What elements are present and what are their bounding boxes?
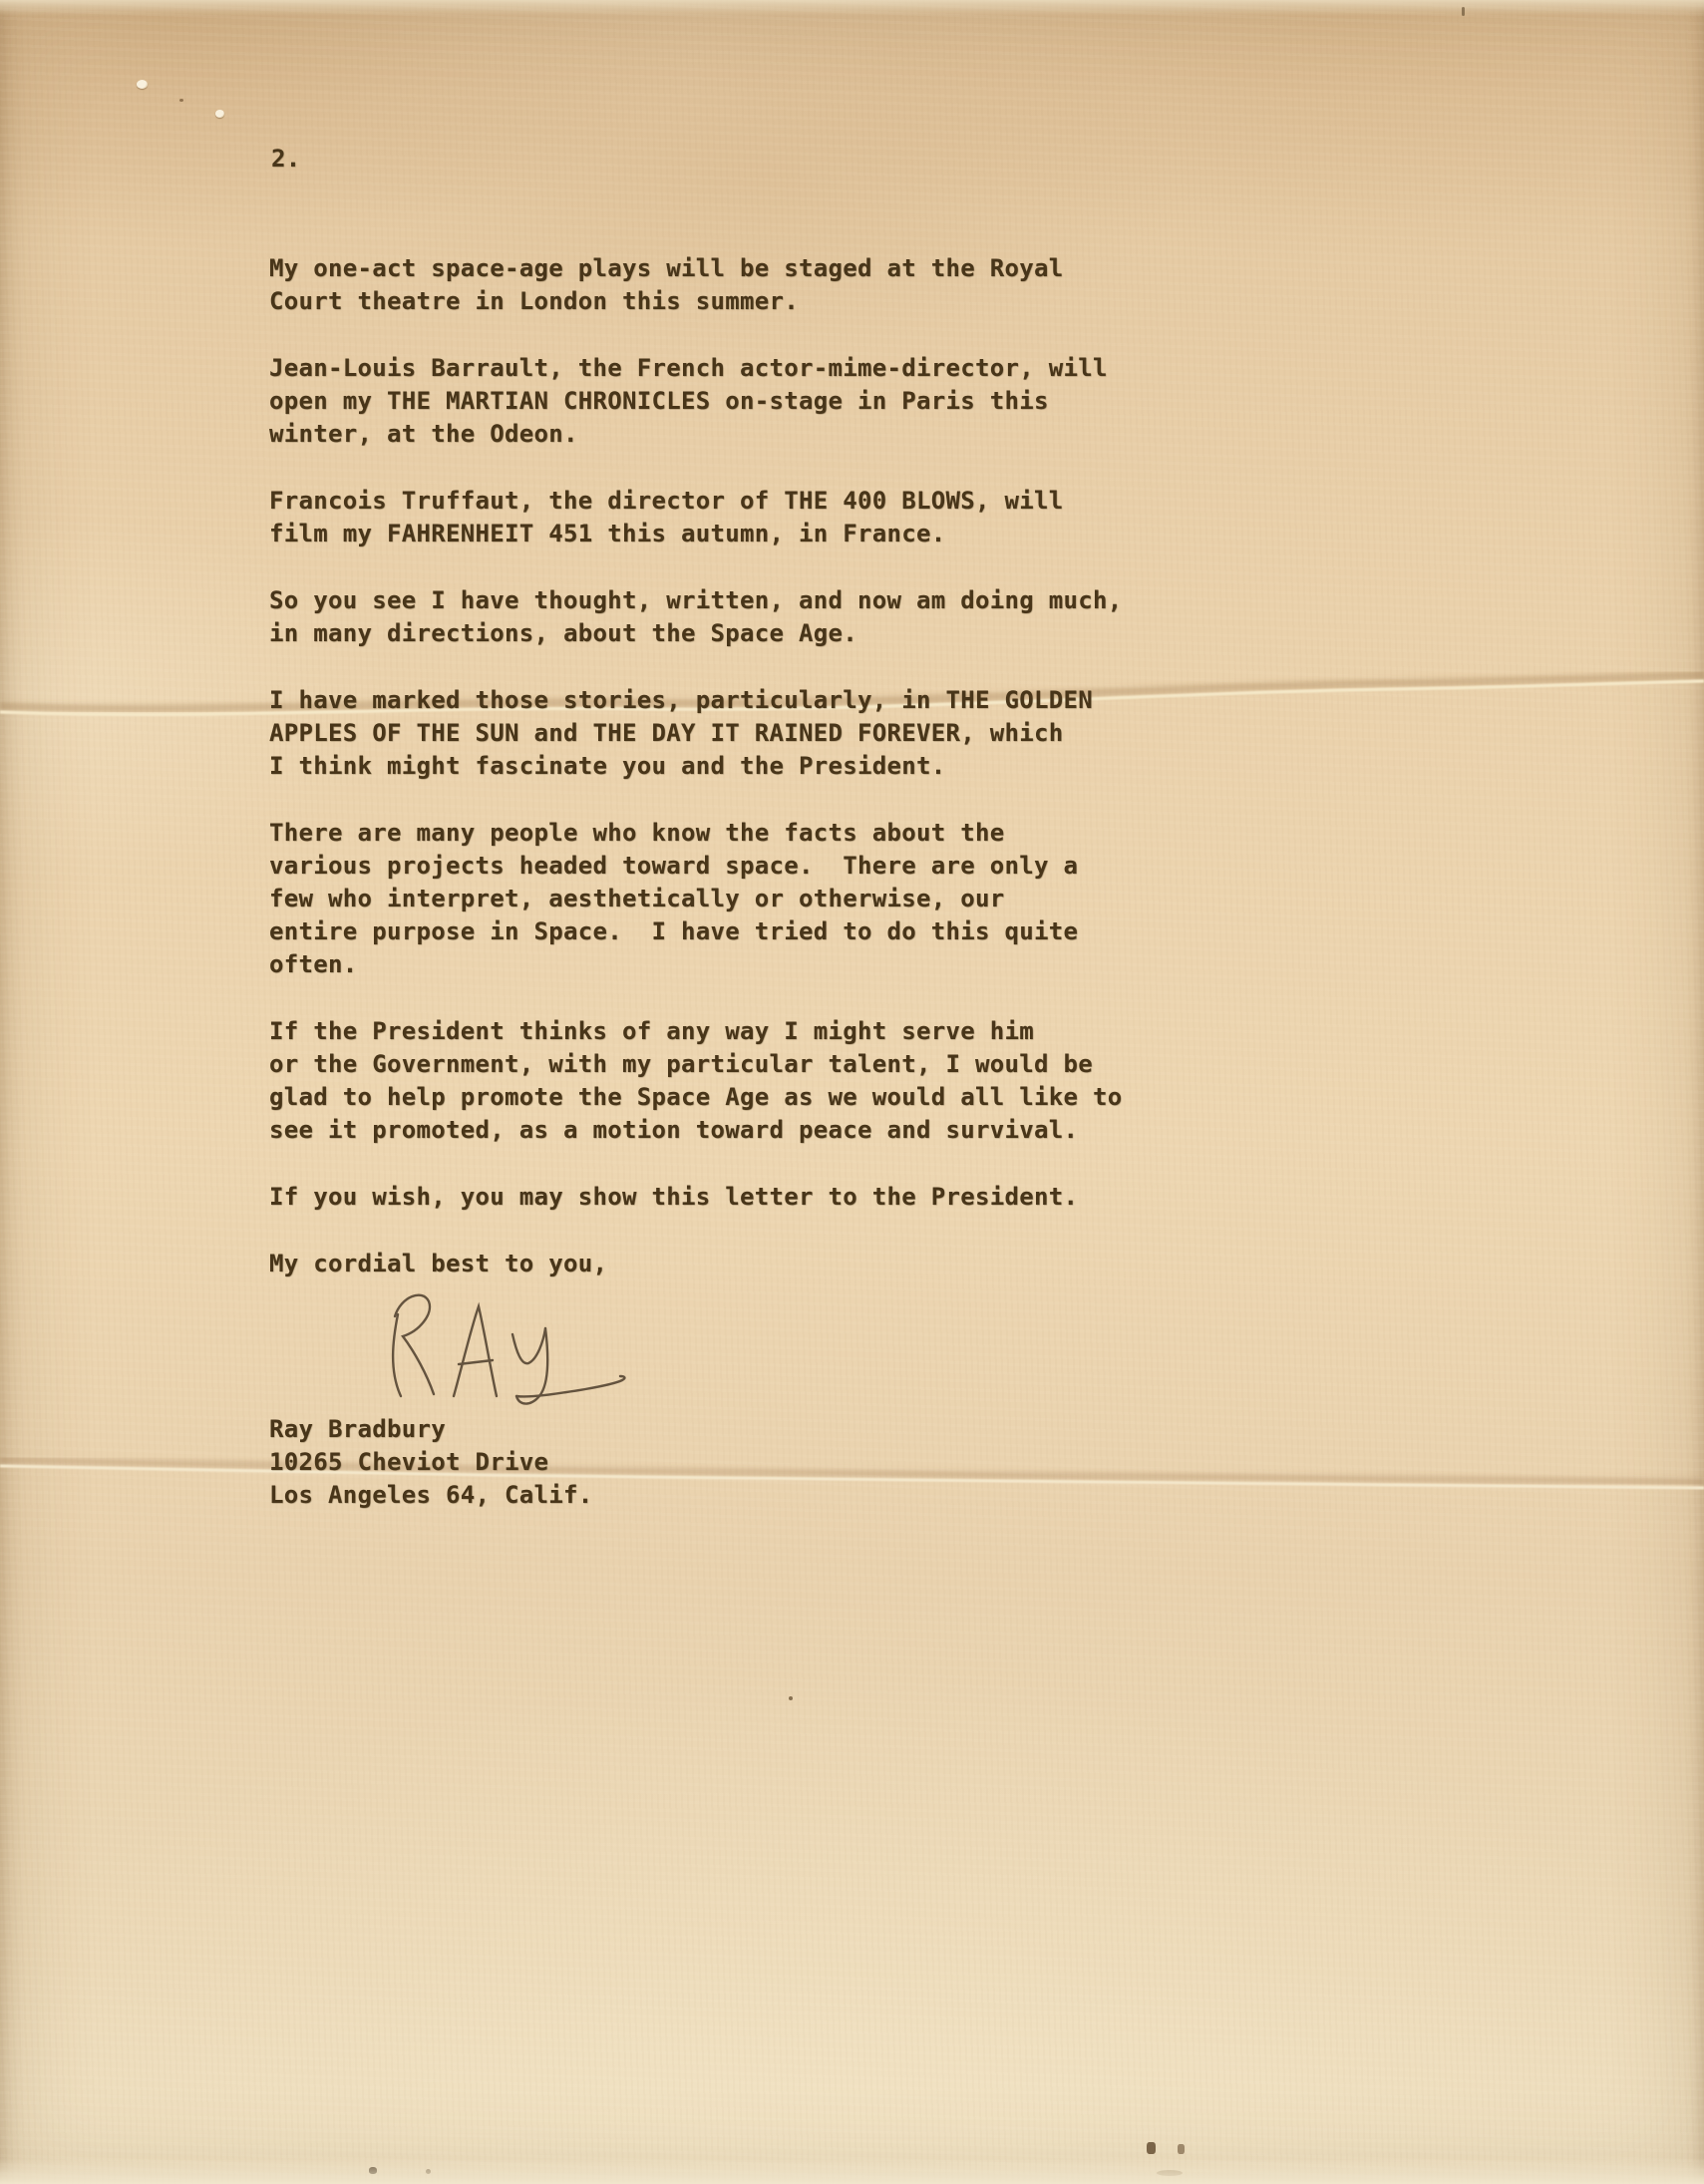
paragraph: Jean-Louis Barrault, the French actor-mi… [269, 352, 1122, 451]
letter-line: So you see I have thought, written, and … [269, 584, 1122, 617]
paragraph: If the President thinks of any way I mig… [269, 1015, 1122, 1147]
signature-block: Ray Bradbury 10265 Cheviot Drive Los Ang… [269, 1413, 592, 1512]
letter-line: I think might fascinate you and the Pres… [269, 750, 1122, 783]
page-number: 2. [271, 143, 301, 176]
staple-hole [137, 80, 148, 89]
letter-line: There are many people who know the facts… [269, 817, 1122, 850]
letter-body: My one-act space-age plays will be stage… [269, 252, 1122, 1314]
signature-street: 10265 Cheviot Drive [269, 1446, 592, 1479]
paragraph: My one-act space-age plays will be stage… [269, 252, 1122, 318]
letter-line: in many directions, about the Space Age. [269, 617, 1122, 650]
letter-line: few who interpret, aesthetically or othe… [269, 883, 1122, 915]
paper-speck [1462, 7, 1465, 16]
letter-line: various projects headed toward space. Th… [269, 850, 1122, 883]
paragraph: I have marked those stories, particularl… [269, 684, 1122, 783]
letter-line: I have marked those stories, particularl… [269, 684, 1122, 717]
paragraph: Francois Truffaut, the director of THE 4… [269, 485, 1122, 550]
signature-city: Los Angeles 64, Calif. [269, 1479, 592, 1512]
letter-line: My cordial best to you, [269, 1248, 1122, 1280]
letter-line: Francois Truffaut, the director of THE 4… [269, 485, 1122, 518]
letter-line: see it promoted, as a motion toward peac… [269, 1114, 1122, 1147]
letter-line: film my FAHRENHEIT 451 this autumn, in F… [269, 518, 1122, 550]
paragraph: There are many people who know the facts… [269, 817, 1122, 981]
paragraph: My cordial best to you, [269, 1248, 1122, 1280]
handwritten-signature-ray [371, 1284, 640, 1419]
staple-hole [215, 110, 224, 118]
letter-line: If you wish, you may show this letter to… [269, 1181, 1122, 1214]
signature-name: Ray Bradbury [269, 1413, 592, 1446]
paper-bottom-edge [0, 2158, 1704, 2184]
letter-line: APPLES OF THE SUN and THE DAY IT RAINED … [269, 717, 1122, 750]
paper-speck [789, 1696, 793, 1700]
letter-line: If the President thinks of any way I mig… [269, 1015, 1122, 1048]
fold-highlight-lower [0, 1466, 1704, 1488]
letter-page: 2. My one-act space-age plays will be st… [0, 0, 1704, 2184]
letter-line: glad to help promote the Space Age as we… [269, 1081, 1122, 1114]
letter-line: Court theatre in London this summer. [269, 285, 1122, 318]
paper-top-edge [0, 0, 1704, 16]
letter-line: often. [269, 948, 1122, 981]
letter-line: entire purpose in Space. I have tried to… [269, 915, 1122, 948]
ink-smudge [1147, 2142, 1156, 2154]
letter-line: open my THE MARTIAN CHRONICLES on-stage … [269, 385, 1122, 418]
paragraph: So you see I have thought, written, and … [269, 584, 1122, 650]
fold-shadow-lower [0, 1460, 1704, 1482]
letter-line: winter, at the Odeon. [269, 418, 1122, 451]
paper-speck [179, 99, 183, 102]
paragraph: If you wish, you may show this letter to… [269, 1181, 1122, 1214]
letter-line: My one-act space-age plays will be stage… [269, 252, 1122, 285]
letter-line: or the Government, with my particular ta… [269, 1048, 1122, 1081]
ink-smudge [1178, 2144, 1185, 2154]
letter-line: Jean-Louis Barrault, the French actor-mi… [269, 352, 1122, 385]
